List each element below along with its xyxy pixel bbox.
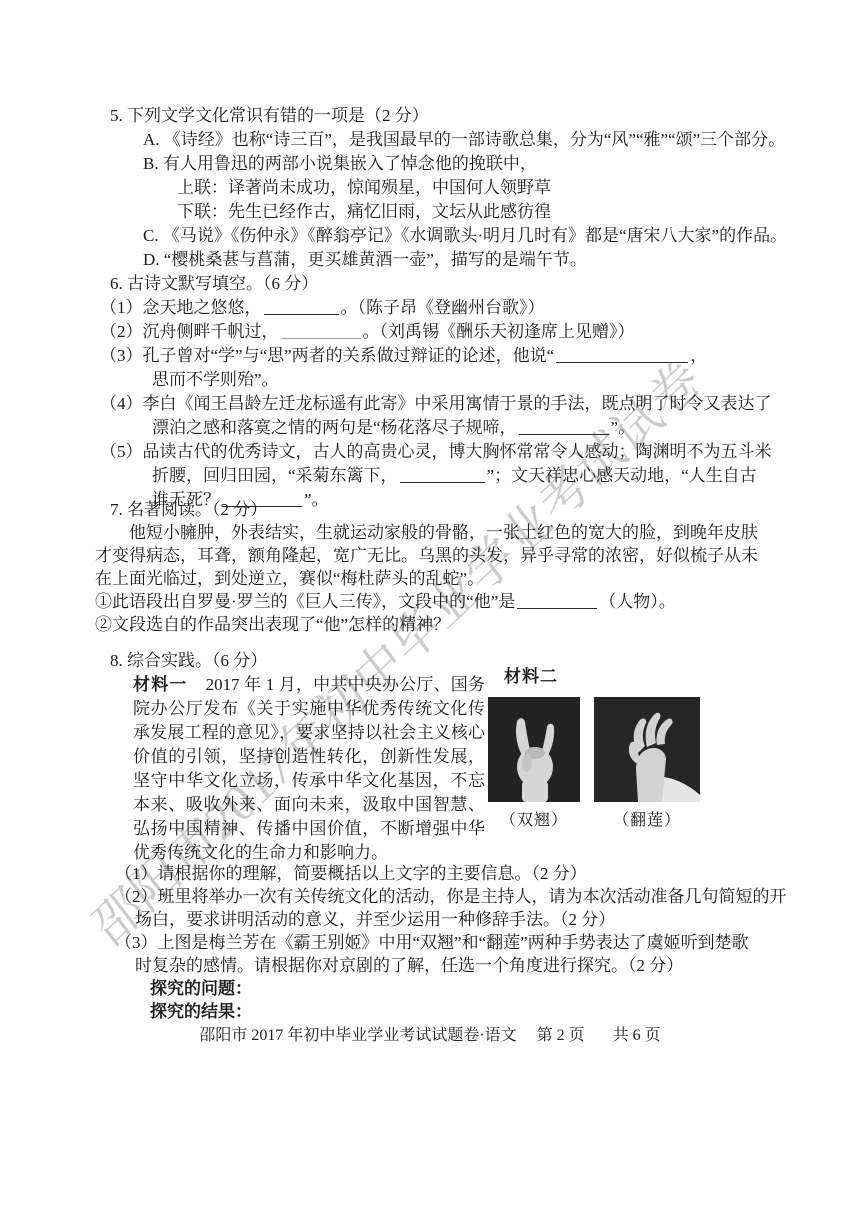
item-text: ”；文天祥忠心感天动地，“人生自古: [487, 466, 757, 485]
answer-blank: [556, 348, 688, 363]
item-text: （人物）。: [599, 592, 676, 611]
question-6-item-5: （5）品读古代的优秀诗文，古人的高贵心灵，博大胸怀常常令人感动；陶渊明不为五斗米: [90, 440, 796, 464]
question-5: 5. 下列文学文化常识有错的一项是（2 分） A. 《诗经》也称“诗三百”，是我…: [90, 104, 796, 272]
gesture-photo-fanlian: [594, 697, 700, 802]
couplet-lower-line: 下联：先生已经作古，痛忆旧雨，文坛从此感彷徨: [90, 200, 796, 224]
answer-blank: [281, 324, 361, 339]
material-one-label: 材料一: [133, 675, 188, 694]
footer-total-pages: 共 6 页: [613, 1027, 661, 1044]
item-text: 漂泊之感和落寞之情的两句是“杨花落尽子规啼，: [152, 418, 517, 437]
question-5-title: 5. 下列文学文化常识有错的一项是（2 分）: [90, 104, 796, 128]
question-7-title: 7. 名著阅读。（2 分）: [90, 498, 796, 521]
question-6-item-4-cont: 漂泊之感和落寞之情的两句是“杨花落尽子规啼，”。: [90, 416, 796, 440]
item-text: ”。: [304, 490, 329, 509]
question-8-item-2-cont: 场白，要求讲明活动的意义，并至少运用一种修辞手法。（2 分）: [90, 908, 796, 931]
question-7-sub-1: ①此语段出自罗曼·罗兰的《巨人三传》，文段中的“他”是（人物）。: [95, 590, 796, 613]
question-5-option-b: B. 有人用鲁迅的两部小说集嵌入了悼念他的挽联中，: [90, 152, 796, 176]
question-6-item-3: （3）孔子曾对“学”与“思”两者的关系做过辩证的论述，他说“，: [90, 344, 796, 368]
material-one-text: 2017 年 1 月，中共中央办公厅、国务院办公厅发布《关于实施中华优秀传统文化…: [133, 675, 485, 862]
question-6-title: 6. 古诗文默写填空。（6 分）: [90, 272, 796, 296]
question-8-item-2: （2）班里将举办一次有关传统文化的活动，你是主持人，请为本次活动准备几句简短的开: [90, 885, 796, 908]
page-content: 5. 下列文学文化常识有错的一项是（2 分） A. 《诗经》也称“诗三百”，是我…: [90, 104, 796, 1023]
question-5-option-c: C. 《马说》《伤仲永》《醉翁亭记》《水调歌头·明月几时有》都是“唐宋八大家”的…: [90, 224, 796, 248]
question-6-item-4: （4）李白《闻王昌龄左迁龙标遥有此寄》中采用寓情于景的手法，既点明了时令又表达了: [90, 392, 796, 416]
answer-blank: [400, 468, 485, 483]
material-one: 材料一2017 年 1 月，中共中央办公厅、国务院办公厅发布《关于实施中华优秀传…: [133, 673, 485, 865]
hand-gesture-curled-fingers-icon: [594, 697, 700, 802]
gesture-photos: （双翘） （翻莲）: [488, 697, 718, 830]
question-7-passage: 他短小臃肿，外表结实，生就运动家般的骨骼，一张土红色的宽大的脸，到晚年皮肤 才变…: [90, 521, 796, 636]
answer-blank: [517, 594, 597, 609]
footer-page-number: 第 2 页: [537, 1027, 585, 1044]
item-text: 折腰，回归田园，“采菊东篱下，: [152, 466, 398, 485]
answer-blank: [519, 420, 609, 435]
question-8-item-1: （1）请根据你的理解，简要概括以上文字的主要信息。（2 分）: [90, 862, 796, 885]
gesture-caption-fanlian: （翻莲）: [613, 807, 681, 830]
probe-question-label: 探究的问题：: [90, 977, 796, 1000]
question-6-item-5-cont1: 折腰，回归田园，“采菊东篱下，”；文天祥忠心感天动地，“人生自古: [90, 464, 796, 488]
hand-gesture-two-fingers-up-icon: [488, 697, 580, 802]
material-two: 材料二 （双翘）: [488, 662, 718, 830]
question-8-items: （1）请根据你的理解，简要概括以上文字的主要信息。（2 分） （2）班里将举办一…: [90, 862, 796, 1023]
item-text: ①此语段出自罗曼·罗兰的《巨人三传》，文段中的“他”是: [95, 592, 515, 611]
item-text: （3）孔子曾对“学”与“思”两者的关系做过辩证的论述，他说“: [100, 346, 554, 365]
gesture-caption-shuangqiao: （双翘）: [500, 807, 568, 830]
question-7: 7. 名著阅读。（2 分） 他短小臃肿，外表结实，生就运动家般的骨骼，一张土红色…: [90, 498, 796, 636]
question-6-item-2: （2）沉舟侧畔千帆过，。（刘禹锡《酬乐天初逢席上见赠》）: [90, 320, 796, 344]
question-8-item-3: （3）上图是梅兰芳在《霸王别姬》中用“双翘”和“翻莲”两种手势表达了虞姬听到楚歌: [90, 931, 796, 954]
gesture-figure-shuangqiao: （双翘）: [488, 697, 580, 830]
question-8-item-3-cont: 时复杂的感情。请根据你对京剧的了解，任选一个角度进行探究。（2 分）: [90, 954, 796, 977]
material-two-label: 材料二: [504, 662, 718, 687]
gesture-photo-shuangqiao: [488, 697, 580, 802]
item-text: ，: [690, 346, 707, 365]
footer-title: 邵阳市 2017 年初中毕业学业考试试题卷·语文: [199, 1027, 516, 1044]
question-6-item-1: （1）念天地之悠悠，。（陈子昂《登幽州台歌》）: [90, 296, 796, 320]
question-6: 6. 古诗文默写填空。（6 分） （1）念天地之悠悠，。（陈子昂《登幽州台歌》）…: [90, 272, 796, 512]
item-text: 。（陈子昂《登幽州台歌》）: [341, 298, 545, 317]
item-text: （1）念天地之悠悠，: [100, 298, 262, 317]
page-footer: 邵阳市 2017 年初中毕业学业考试试题卷·语文第 2 页共 6 页: [0, 1022, 868, 1045]
probe-result-label: 探究的结果：: [90, 1000, 796, 1023]
item-text: （2）沉舟侧畔千帆过，: [100, 322, 279, 341]
passage-line: 才变得病态，耳聋，额角隆起，宽广无比。乌黑的头发，异乎寻常的浓密，好似梳子从未: [95, 544, 796, 567]
question-7-sub-2: ②文段选自的作品突出表现了“他”怎样的精神？: [95, 613, 796, 636]
couplet-upper-line: 上联：译著尚未成功，惊闻殒星，中国何人领野草: [90, 176, 796, 200]
exam-paper-page: 邵阳市2017年初中毕业学业考试试卷 5. 下列文学文化常识有错的一项是（2 分…: [0, 0, 868, 1228]
question-5-option-a: A. 《诗经》也称“诗三百”，是我国最早的一部诗歌总集，分为“风”“雅”“颂”三…: [90, 128, 796, 152]
passage-line: 他短小臃肿，外表结实，生就运动家般的骨骼，一张土红色的宽大的脸，到晚年皮肤: [95, 521, 796, 544]
item-text: ”。: [611, 418, 636, 437]
item-text: 。（刘禹锡《酬乐天初逢席上见赠》）: [363, 322, 635, 341]
answer-blank: [264, 300, 339, 315]
question-6-item-3-cont: 思而不学则殆”。: [90, 368, 796, 392]
passage-line: 在上面光临过，到处逆立，赛似“梅杜萨头的乱蛇”。: [95, 567, 796, 590]
gesture-figure-fanlian: （翻莲）: [594, 697, 700, 830]
question-5-option-d: D. “樱桃桑葚与菖蒲，更买雄黄酒一壶”，描写的是端午节。: [90, 248, 796, 272]
